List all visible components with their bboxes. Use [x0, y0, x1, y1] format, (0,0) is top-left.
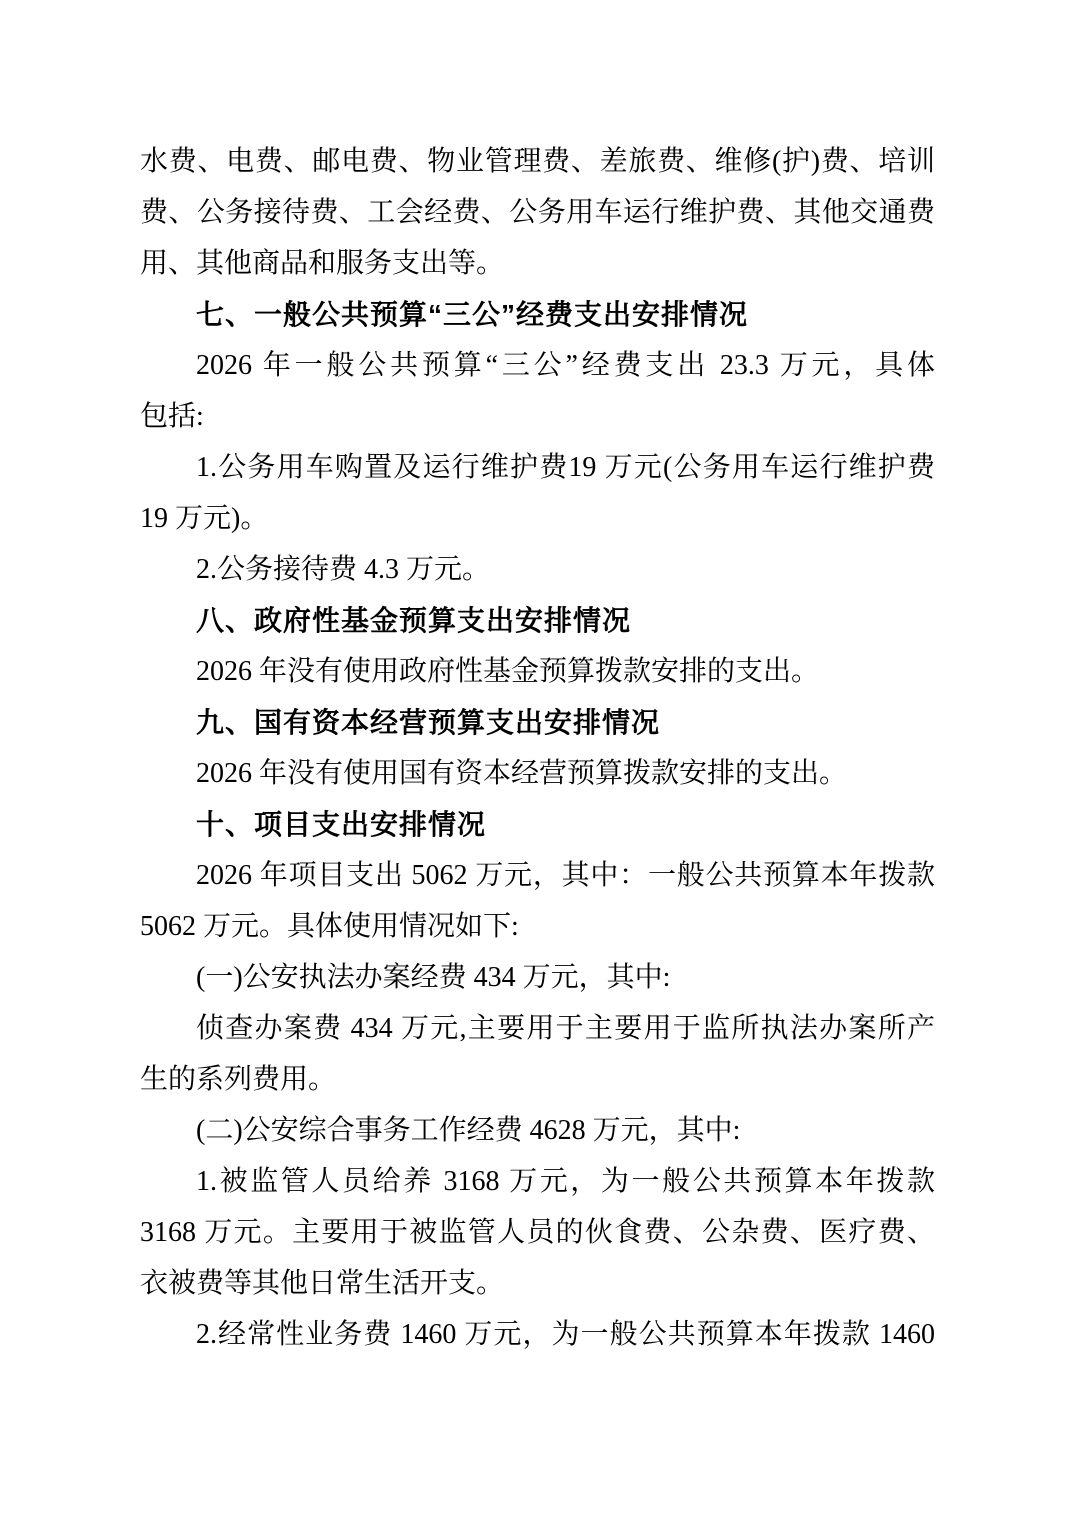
text-line: 2.经常性业务费 1460 万元，为一般公共预算本年拨款 1460: [140, 1309, 935, 1360]
text-line: 2026 年没有使用国有资本经营预算拨款安排的支出。: [140, 748, 935, 799]
text-line: 3168 万元。主要用于被监管人员的伙食费、公杂费、医疗费、: [140, 1207, 935, 1258]
text-line: 1.被监管人员给养 3168 万元，为一般公共预算本年拨款: [140, 1156, 935, 1207]
text-line: 用、其他商品和服务支出等。: [140, 238, 935, 289]
text-line: 2026 年没有使用政府性基金预算拨款安排的支出。: [140, 646, 935, 697]
text-line: (二)公安综合事务工作经费 4628 万元，其中:: [140, 1105, 935, 1156]
text-line: 5062 万元。具体使用情况如下:: [140, 901, 935, 952]
text-line: 侦查办案费 434 万元,主要用于主要用于监所执法办案所产: [140, 1003, 935, 1054]
text-line: (一)公安执法办案经费 434 万元，其中:: [140, 952, 935, 1003]
text-line: 19 万元)。: [140, 493, 935, 544]
document-content: 水费、电费、邮电费、物业管理费、差旅费、维修(护)费、培训费、公务接待费、工会经…: [140, 136, 935, 1360]
text-line: 生的系列费用。: [140, 1054, 935, 1105]
text-line: 水费、电费、邮电费、物业管理费、差旅费、维修(护)费、培训: [140, 136, 935, 187]
text-line: 费、公务接待费、工会经费、公务用车运行维护费、其他交通费: [140, 187, 935, 238]
text-line: 包括:: [140, 391, 935, 442]
text-line: 2026 年项目支出 5062 万元，其中：一般公共预算本年拨款: [140, 850, 935, 901]
text-line: 衣被费等其他日常生活开支。: [140, 1258, 935, 1309]
text-line: 2.公务接待费 4.3 万元。: [140, 544, 935, 595]
section-heading: 十、项目支出安排情况: [140, 799, 935, 850]
text-line: 1.公务用车购置及运行维护费19 万元(公务用车运行维护费: [140, 442, 935, 493]
text-line: 2026 年一般公共预算“三公”经费支出 23.3 万元，具体: [140, 340, 935, 391]
section-heading: 九、国有资本经营预算支出安排情况: [140, 697, 935, 748]
section-heading: 七、一般公共预算“三公”经费支出安排情况: [140, 289, 935, 340]
document-page: 水费、电费、邮电费、物业管理费、差旅费、维修(护)费、培训费、公务接待费、工会经…: [0, 0, 1074, 1520]
section-heading: 八、政府性基金预算支出安排情况: [140, 595, 935, 646]
